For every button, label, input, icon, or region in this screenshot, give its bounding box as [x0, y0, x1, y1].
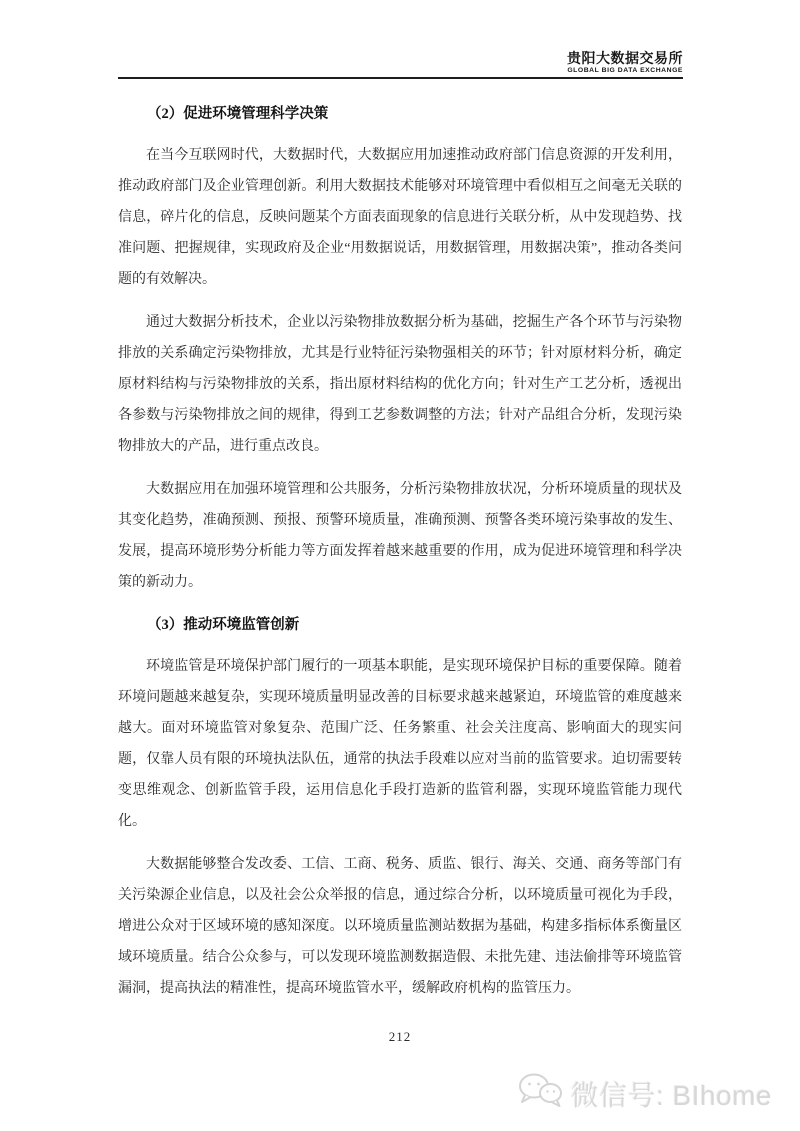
paragraph: 大数据能够整合发改委、工信、工商、税务、质监、银行、海关、交通、商务等部门有关污… — [118, 849, 682, 1004]
paragraph: 在当今互联网时代，大数据时代，大数据应用加速推动政府部门信息资源的开发利用，推动… — [118, 140, 682, 295]
paragraph: 大数据应用在加强环境管理和公共服务，分析污染物排放状况，分析环境质量的现状及其变… — [118, 474, 682, 598]
section-heading: （2）促进环境管理科学决策 — [118, 99, 682, 130]
section-heading: （3）推动环境监管创新 — [118, 610, 682, 641]
logo-english-name: GLOBAL BIG DATA EXCHANGE — [567, 68, 683, 75]
document-page: 贵阳大数据交易所 GLOBAL BIG DATA EXCHANGE （2）促进环… — [0, 0, 800, 1131]
paragraph: 环境监管是环境保护部门履行的一项基本职能，是实现环境保护目标的重要保障。随着环境… — [118, 651, 682, 837]
wechat-icon — [517, 1070, 563, 1117]
watermark-label: 微信号: BIhome — [570, 1074, 772, 1114]
page-number: 212 — [0, 1029, 800, 1045]
exchange-logo: 贵阳大数据交易所 GLOBAL BIG DATA EXCHANGE — [567, 51, 683, 75]
paragraph: 通过大数据分析技术，企业以污染物排放数据分析为基础，挖掘生产各个环节与污染物排放… — [118, 307, 682, 462]
logo-chinese-name: 贵阳大数据交易所 — [567, 51, 683, 65]
document-content: （2）促进环境管理科学决策 在当今互联网时代，大数据时代，大数据应用加速推动政府… — [118, 99, 682, 1016]
header-rule — [118, 77, 683, 79]
wechat-watermark: 微信号: BIhome — [517, 1070, 772, 1117]
